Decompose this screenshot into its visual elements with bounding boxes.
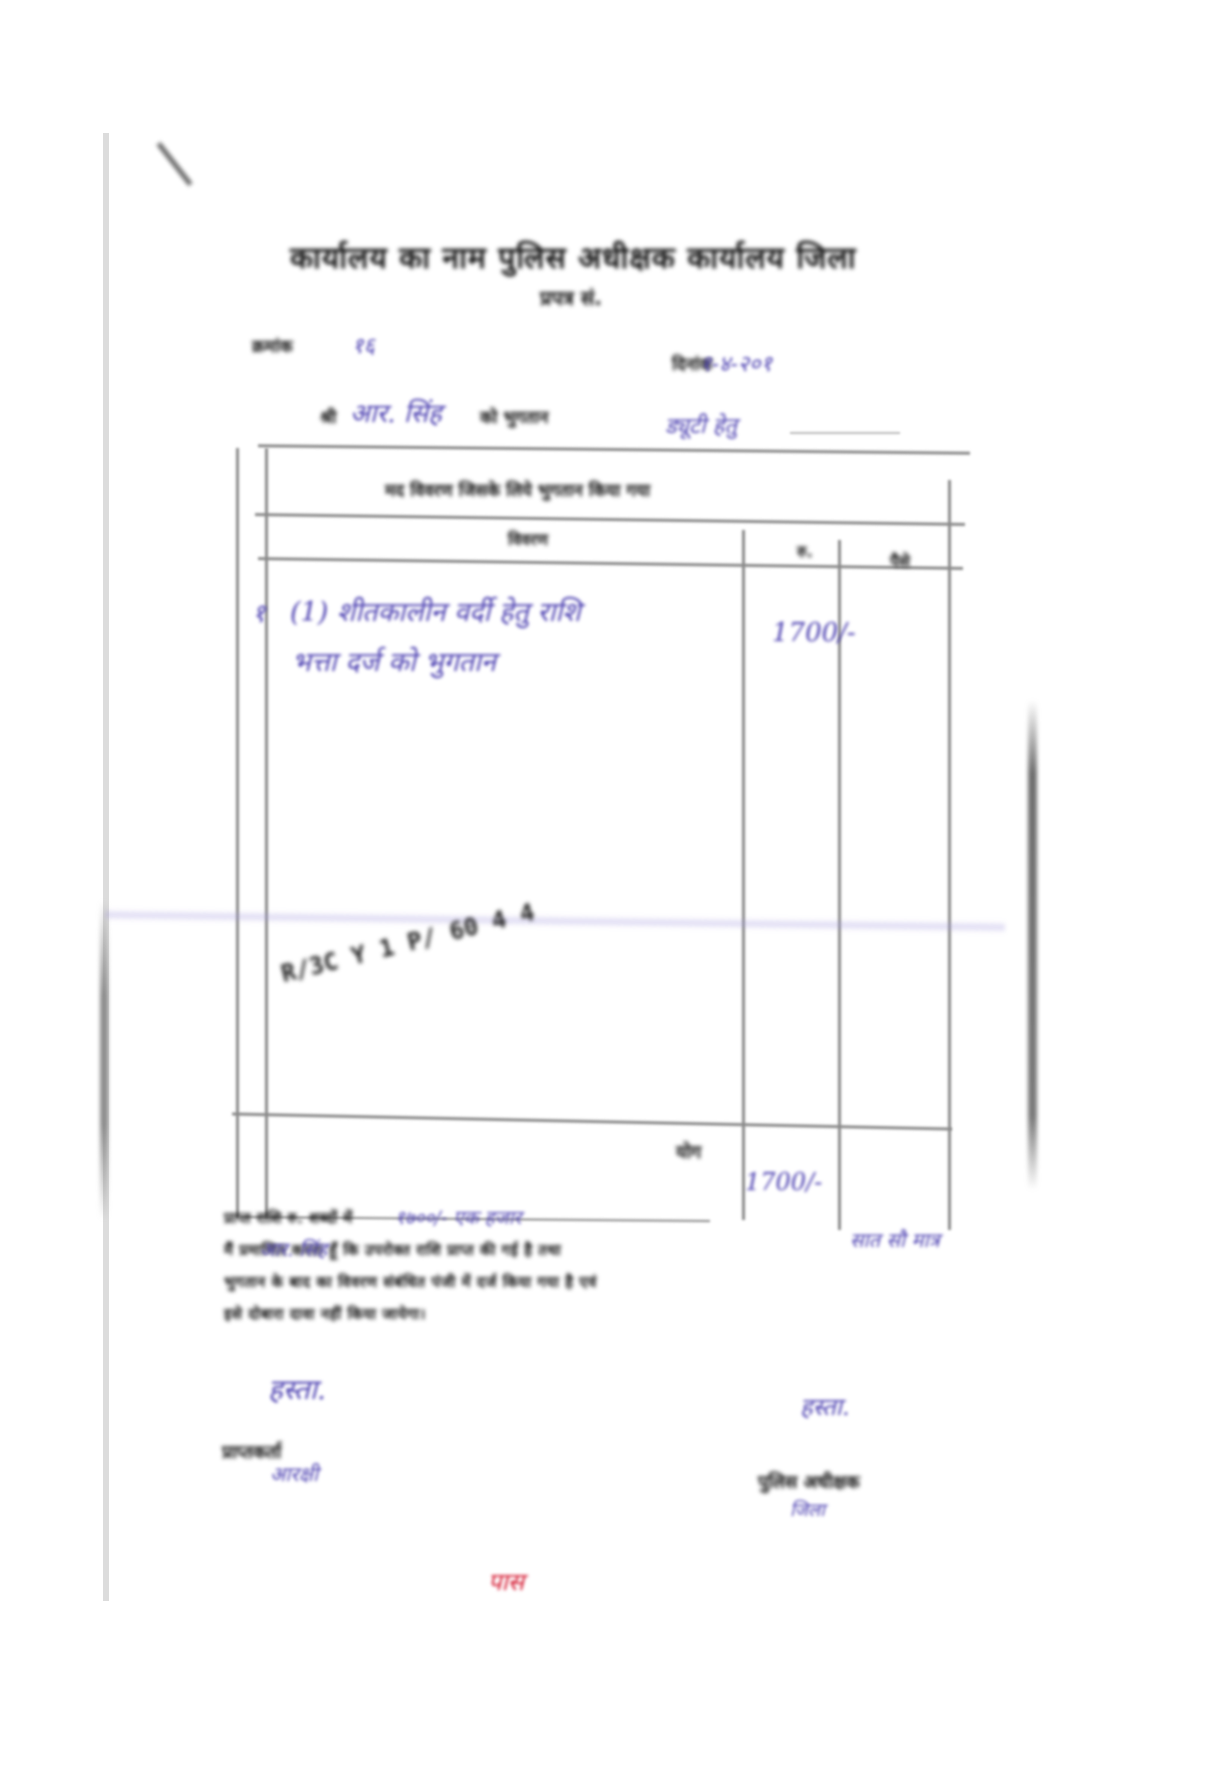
total-value: 1700/- (745, 1168, 822, 1196)
document-title: कार्यालय का नाम पुलिस अधीक्षक कार्यालय ज… (290, 236, 857, 277)
table-row-amount: 1700/- (772, 618, 856, 648)
field-value-date: १-४-२०१ (700, 348, 772, 378)
column-header-rupees: रु. (797, 540, 813, 562)
scanner-edge-right (1028, 700, 1037, 1190)
column-header-paise: पैसे (890, 550, 910, 572)
field-value-serial: १६ (352, 330, 375, 360)
table-right-border (948, 480, 951, 1230)
signature-left: हस्ता. (268, 1370, 326, 1408)
table-row-description-line-2: भत्ता दर्ज को भुगतान (292, 642, 496, 679)
field-label-payee: श्री (320, 405, 336, 428)
field-underline (790, 432, 900, 434)
field-label-purpose: को भुगतान (480, 405, 548, 428)
table-index-column-line (265, 448, 268, 1218)
scanner-edge-left (100, 900, 108, 1220)
signature-right-title: पुलिस अधीक्षक (758, 1470, 860, 1494)
table-amount-column-line (742, 530, 745, 1220)
footer-line-4: इसे दोबारा दावा नहीं किया जायेगा। (224, 1304, 426, 1324)
field-value-payee: आर. सिंह (350, 394, 442, 430)
total-label: योग (676, 1140, 701, 1164)
signature-left-stamp: आरक्षी (270, 1460, 318, 1487)
footer-handwritten-words: सात सौ मात्र (850, 1226, 940, 1253)
signature-right-stamp: जिला (790, 1498, 825, 1522)
footer-handwritten-name: आर. सिंह (260, 1236, 327, 1262)
column-header-description: विवरण (508, 528, 548, 550)
footer-line-1: प्राप्त राशि रु. शब्दों में (224, 1208, 353, 1228)
field-label-serial: क्रमांक (252, 334, 293, 357)
table-row-description-line-1: (1) शीतकालीन वर्दी हेतु राशि (290, 592, 581, 629)
table-left-border (236, 448, 239, 1218)
footer-handwritten-amount: १७००/- एक हजार (395, 1204, 521, 1230)
table-heading: मद विवरण जिसके लिये भुगतान किया गया (385, 478, 650, 501)
field-value-purpose: ड्यूटी हेतु (665, 410, 737, 440)
table-row-index: १ (252, 594, 266, 630)
document-subtitle: प्रपत्र सं. (540, 284, 602, 311)
scanned-page (103, 133, 1039, 1601)
signature-right: हस्ता. (800, 1390, 850, 1423)
red-ink-mark: पास (488, 1565, 524, 1598)
footer-line-3: भुगतान के बाद का विवरण संबंधित पंजी में … (224, 1272, 597, 1292)
